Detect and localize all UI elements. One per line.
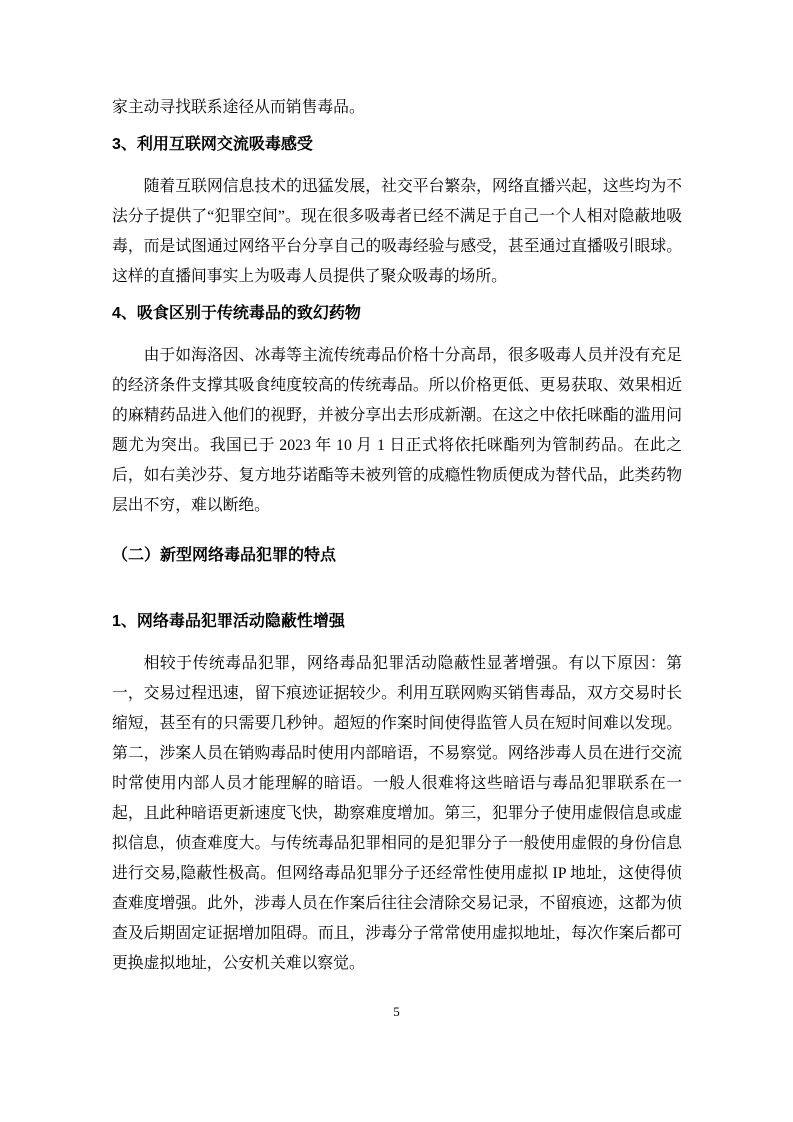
heading-item-3: 3、利用互联网交流吸毒感受 [112, 130, 682, 160]
paragraph-item-4: 由于如海洛因、冰毒等主流传统毒品价格十分高昂，很多吸毒人员并没有充足的经济条件支… [112, 341, 682, 521]
paragraph-feature-1: 相较于传统毒品犯罪，网络毒品犯罪活动隐蔽性显著增强。有以下原因：第一，交易过程迅… [112, 649, 682, 979]
page-content: 家主动寻找联系途径从而销售毒品。 3、利用互联网交流吸毒感受 随着互联网信息技术… [112, 93, 682, 979]
subsection-heading: （二）新型网络毒品犯罪的特点 [112, 541, 682, 571]
heading-feature-1: 1、网络毒品犯罪活动隐蔽性增强 [112, 607, 682, 637]
document-page: 家主动寻找联系途径从而销售毒品。 3、利用互联网交流吸毒感受 随着互联网信息技术… [0, 0, 793, 1122]
page-number: 5 [0, 1004, 793, 1020]
paragraph-continuation: 家主动寻找联系途径从而销售毒品。 [112, 93, 682, 123]
paragraph-item-3: 随着互联网信息技术的迅猛发展，社交平台繁杂，网络直播兴起，这些均为不法分子提供了… [112, 172, 682, 292]
heading-item-4: 4、吸食区别于传统毒品的致幻药物 [112, 299, 682, 329]
